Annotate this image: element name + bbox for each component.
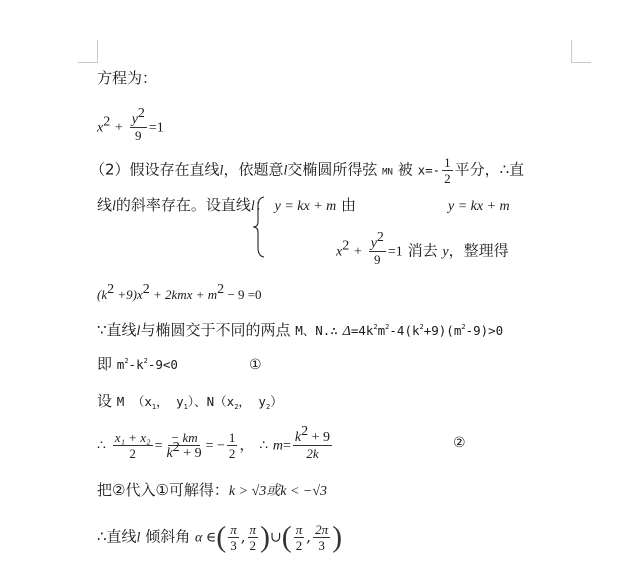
line-discriminant: ∵直线l与椭圆交于不同的两点 M、N.∴ Δ=4k2m2-4(k2+9)(m2-… [97,320,503,342]
math-text: ） [270,394,283,409]
system-equation-1: y = kx + m [448,195,510,217]
numerator: π [294,522,305,538]
operator: = [155,439,163,454]
numerator: π [228,522,239,538]
operator: + [354,245,362,260]
fraction: 12 [442,155,453,186]
circled-number: ① [249,357,262,373]
therefore-symbol: ∴ [259,439,268,454]
math-text: -9)>0 [466,323,504,338]
math-text: ， y [156,394,184,409]
line-points: 设 M （x1， y1）、N（x2， y2） [97,391,283,412]
text: 与椭圆交于不同的两点 [140,321,290,339]
text: ， [239,436,254,454]
rhs: =1 [149,121,164,136]
text: 线 [97,196,112,214]
union-symbol: ∪ [270,531,282,546]
math-text: M、N.∴ [295,323,338,338]
equation-marker-2: ② [453,432,466,453]
delta-symbol: Δ [343,324,351,339]
fraction: k2 + 92k [293,430,332,461]
line-inequality-1: 即 m2-k2-9<0 [97,354,178,375]
exponent: 2 [342,239,349,254]
text: 把②代入①可解得： [97,481,229,499]
operator: = − [206,439,225,454]
numerator: 1 [442,155,453,171]
page-corner-mark-top-left [78,40,98,63]
line-equation: y = kx + m [275,199,337,214]
rhs: =1 [388,245,403,260]
text: ，依题意 [223,161,283,179]
numerator: 1 [227,430,238,446]
math-text: +9)x [114,287,143,302]
math-text: -k [129,357,144,372]
fraction: 12 [227,430,238,461]
math-var: l [137,531,141,546]
line-equation: y = kx + m [448,199,510,214]
right-paren: ) [260,521,270,554]
text: 平分，∴直 [455,161,525,179]
math-text: M （x [117,394,152,409]
denominator: 3 [316,538,327,553]
denominator: 2 [442,171,453,186]
math-var: m [273,439,283,454]
fraction: x₁ + x₂2 [113,430,153,461]
fraction: π2 [248,522,259,553]
math-text: ）、N（x [188,394,234,409]
line-equation-heading: 方程为： [97,68,157,88]
line-solution: 把②代入①可解得：k > √3或k < −√3 [97,480,327,502]
denominator: 2 [127,446,138,461]
line-midpoint: ∴ x₁ + x₂2=− kmk2 + 9= −12， ∴ m=k2 + 92k [97,430,334,461]
page-corner-mark-top-right [571,40,591,63]
text: 设 [97,392,112,410]
text: 的斜率存在。设直线 [116,196,251,214]
line-assumption: （2）假设存在直线l，依题意l交椭圆所得弦 MN 被 x=-12平分，∴直 [90,155,524,186]
line-ellipse-equation: x2 + y2 9 =1 [97,112,164,143]
text: ∵直线 [97,321,137,339]
exponent: 2 [143,282,150,297]
denominator: 3 [228,538,239,553]
math-text: -9<0 [148,357,178,372]
text: 倾斜角 [145,528,190,546]
numerator: x₁ + x₂ [113,430,153,446]
math-text: k > √3或k < −√3 [229,484,327,499]
text: 即 [97,355,112,373]
exponent: 2 [173,440,180,455]
math-text: α ∈ [195,531,216,546]
left-paren: ( [216,521,226,554]
left-brace-icon [252,196,266,258]
text: 交椭圆所得弦 [287,161,377,179]
math-text: + 2kmx + m [150,287,217,302]
denominator: 2 [294,538,305,553]
right-paren: ) [332,521,342,554]
operator: + [115,121,123,136]
math-text: +9)(m [424,323,462,338]
equation-marker-1: ① [249,354,262,375]
text: ∴直线 [97,528,137,546]
denominator: 9 [372,252,383,267]
operator: = [283,439,291,454]
math-text: + 9 [308,430,330,445]
exponent: 2 [377,230,384,245]
math-text: ， y [238,394,266,409]
fraction: y2 9 [369,236,386,267]
denominator: 2k [304,446,320,461]
math-text: + 9 [180,446,202,461]
text: 消去 [408,242,438,260]
math-text: x=- [418,163,441,178]
heading-text: 方程为： [97,69,157,87]
numerator: π [248,522,259,538]
math-text: -4(k [389,323,419,338]
exponent: 2 [138,106,145,121]
fraction: y2 9 [130,112,147,143]
math-text: − 9 =0 [224,287,261,302]
math-text: (k [97,287,107,302]
text: 由 [341,196,356,214]
denominator: 2 [227,446,238,461]
circled-number: ② [453,435,466,451]
text: （2）假设存在直线 [90,161,220,179]
numerator: 2π [313,522,330,538]
left-paren: ( [282,521,292,554]
denominator: 9 [133,128,144,143]
fraction: π2 [294,522,305,553]
line-conclusion: ∴直线l 倾斜角 α ∈(π3,π2)∪(π2,2π3) [97,522,342,553]
denominator: 2 [248,538,259,553]
system-equation-2: x2 + y2 9 =1 消去 y，整理得 [336,236,509,267]
chord-label: MN [382,168,393,178]
fraction: π3 [228,522,239,553]
fraction: − kmk2 + 9 [164,430,203,461]
math-text: =4k [351,323,374,338]
line-quadratic: (k2 +9)x2 + 2kmx + m2 − 9 =0 [97,284,262,305]
text: 被 [398,161,413,179]
text: ，整理得 [449,242,509,260]
fraction: 2π3 [313,522,330,553]
exponent: 2 [103,115,110,130]
line-slope: 线l的斜率存在。设直线l： y = kx + m 由 [97,195,356,217]
therefore-symbol: ∴ [97,439,106,454]
